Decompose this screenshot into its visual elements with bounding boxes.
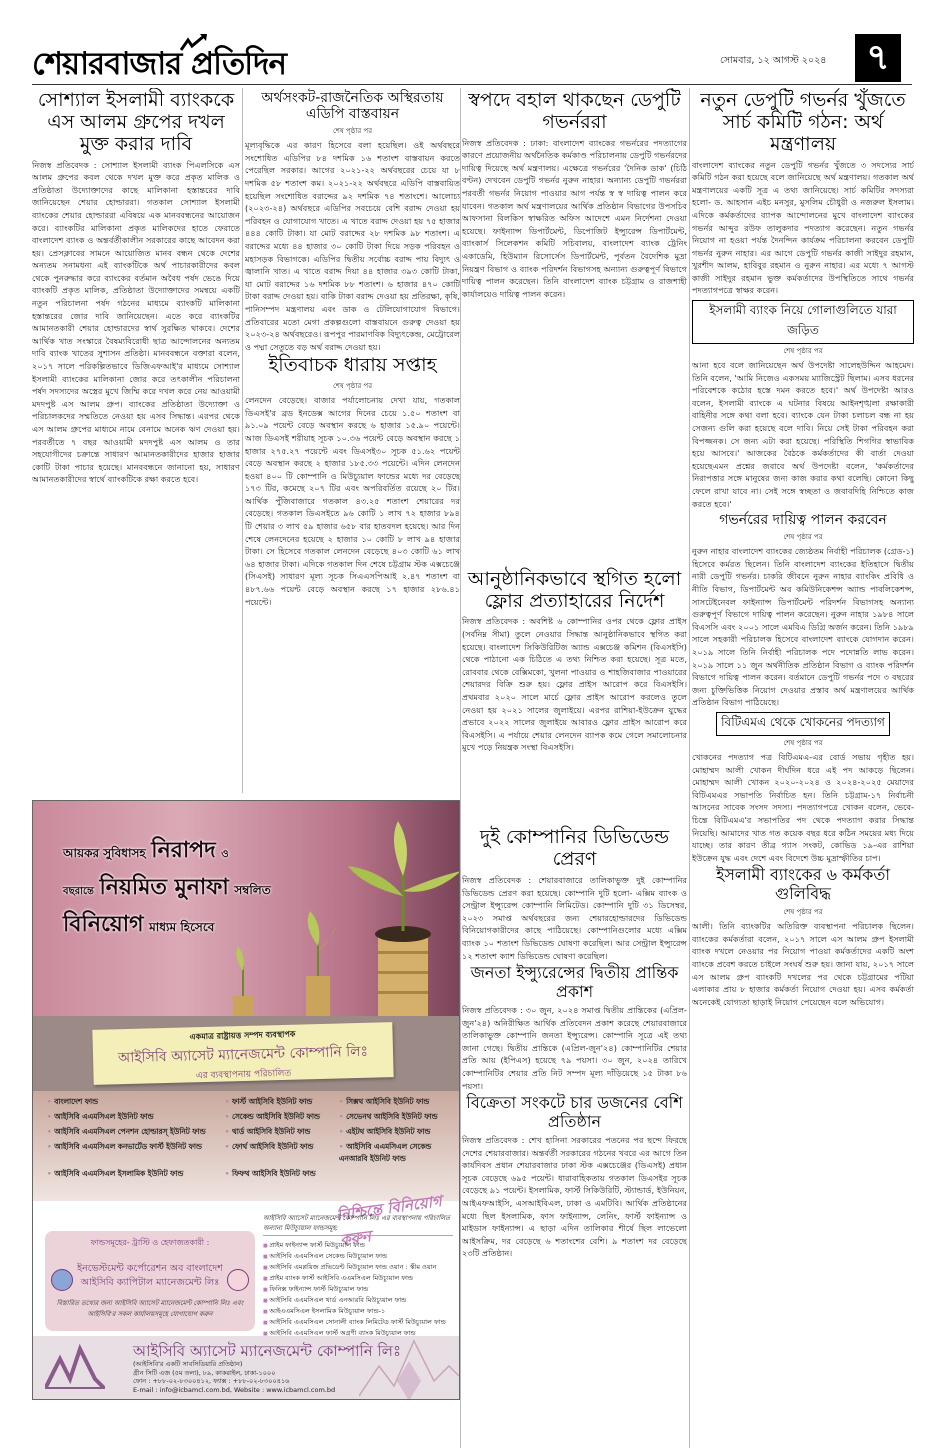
headline-dividend: দুই কোম্পানির ডিভিডেন্ড প্রেরণ [462,827,687,871]
article-search-committee: বাংলাদেশ ব্যাংকের নতুন ডেপুটি গভর্নর খুঁ… [692,159,914,298]
ad-hero-banner: আয়কর সুবিধাসহ নিরাপদ ও বছরান্তে নিয়মিত… [33,801,459,1016]
article-sellers: নিজস্ব প্রতিবেদক : শেখ হাসিনা সরকারের পত… [462,1134,687,1260]
column-b: অর্থসংকট-রাজনৈতিক অস্থিরতায় এডিপি বাস্ত… [245,88,460,793]
headline-itibachok: ইতিবাচক ধারায় সপ্তাহ [245,355,460,377]
tagline-text: বিনিয়োগ [63,912,144,937]
column-d: নতুন ডেপুটি গভর্নর খুঁজতে সার্চ কমিটি গঠ… [692,88,914,1448]
masthead: শেয়ারবাজার প্রতিদিন সোমবার, ১২ আগস্ট ২০… [0,0,945,84]
column-divider [242,88,243,793]
headline-islami-bank-worker: ইসলামী ব্যাংক নিয়ে গোলাগুলিতে যারা জড়ি… [692,300,914,344]
fund-item: সেকেন্ড আইসিবি ইউনিট ফান্ড [225,1112,331,1124]
fund-item: থার্ড আইসিবি ইউনিট ফান্ড [225,1127,331,1139]
continued-label: শেষ পৃষ্ঠার পর [245,380,460,392]
continued-label: শেষ পৃষ্ঠার পর [692,345,914,357]
tagline-text: আয়কর সুবিধাসহ [63,846,146,860]
fund-item: এইটথ আইসিবি ইউনিট ফান্ড [339,1127,445,1139]
article-floor-price: নিজস্ব প্রতিবেদক : অবশিষ্ট ৬ কোম্পানির ও… [462,615,687,825]
headline-search-committee: নতুন ডেপুটি গভর্নর খুঁজতে সার্চ কমিটি গঠ… [692,90,914,156]
fund-item: সিক্সথ আইসিবি ইউনিট ফান্ড [339,1097,445,1109]
other-fund-item: আইসিবি এএমসিএল সেকেন্ড মিউচ্যুয়াল ফান্ড [263,1251,453,1262]
article-social-islami: নিজস্ব প্রতিবেদক : সোশ্যাল ইসলামী ব্যাংক… [32,159,240,486]
header-rule [32,84,912,85]
headline-adp: অর্থসংকট-রাজনৈতিক অস্থিরতায় এডিপি বাস্ত… [245,90,460,122]
other-funds-header: আইসিবি অ্যাসেট ম্যানেজমেন্ট কোম্পানি লিঃ… [263,1213,453,1236]
article-deputy-governors: নিজস্ব প্রতিবেদক : ঢাকা: বাংলাদেশ ব্যাংক… [462,137,687,567]
article-btmea: খোকনের পদত্যাগ পত্র বিটিএমএ-এর বোর্ড সভা… [692,751,914,864]
ad-other-funds: আইসিবি অ্যাসেট ম্যানেজমেন্ট কোম্পানি লিঃ… [263,1213,453,1339]
trustee-note: বিস্তারিত তথ্যের জন্য আইসিবি অ্যাসেট ম্য… [51,1298,249,1320]
other-fund-item: আইসিবি এমপ্লয়িজ প্রভিডেন্ট মিউচ্যুয়াল … [263,1262,453,1273]
trustee-name: আইসিবি ক্যাপিটাল ম্যানেজমেন্ট লিঃ [51,1276,249,1290]
company-subtitle: (আইসিবি'র একটি সাবসিডিয়ারি প্রতিষ্ঠান) [133,1360,335,1369]
article-governor-duty: নুরুন নাহার বাংলাদেশ ব্যাংকের জ্যেষ্ঠতম … [692,545,914,709]
headline-social-islami: সোশ্যাল ইসলামী ব্যাংককে এস আলম গ্রুপের দ… [32,90,240,156]
headline-governor-duty: গভর্নরের দায়িত্ব পালন করবেন [692,512,914,528]
other-fund-item: প্রাইম ব্যাংক ফার্স্ট আইসিবি এএমসিএল মিউ… [263,1273,453,1284]
fund-item: আইসিবি এএমসিএল ইসলামিক ইউনিট ফান্ড [47,1169,217,1181]
tagline-text: নিয়মিত মুনাফা [100,875,229,900]
article-islami-bank-worker: আনা হবে বলে জানিয়েছেন অর্থ উপদেষ্টা সাল… [692,359,914,510]
headline-btmea: বিটিএমএ থেকে খোকনের পদত্যাগ [716,712,890,736]
tagline-text: সম্বলিত [234,883,270,897]
fund-item: ফোর্থ আইসিবি ইউনিট ফান্ড [225,1142,331,1166]
icb-advertisement: আয়কর সুবিধাসহ নিরাপদ ও বছরান্তে নিয়মিত… [32,800,460,1400]
fund-item: ফার্স্ট আইসিবি ইউনিট ফান্ড [225,1097,331,1109]
other-fund-item: আইসিবি এএমসিএল থার্ড এনআরবি মিউচ্যুয়াল … [263,1295,453,1306]
tagline-text: বছরান্তে [63,886,94,897]
headline-deputy-governors: স্বপদে বহাল থাকছেন ডেপুটি গভর্নররা [462,90,687,134]
trend-arrow-icon [180,34,208,54]
tagline-text: ও [221,849,228,860]
fund-item: বাংলাদেশ ফান্ড [47,1097,217,1109]
continued-label: শেষ পৃষ্ঠার পর [245,125,460,137]
column-divider [460,88,461,1448]
other-fund-item: আইসিবি এএমসিএল সোনালী ব্যাংক লিমিটেড ফার… [263,1317,453,1328]
ad-tagline: আয়কর সুবিধাসহ নিরাপদ ও বছরান্তে নিয়মিত… [63,833,271,944]
column-divider [689,88,690,1448]
plant-icon [343,816,460,1016]
company-phone: ফোন : +৮৮-০২-৮৩০০৪১২, ফ্যাক্স : +৮৮-০২-৮… [133,1377,335,1386]
article-islami-bank-shot: আলী। তিনি ব্যাংকটির অতিরিক্ত ব্যবস্থাপনা… [692,920,914,1008]
page-number: ৭ [855,34,901,82]
icb-amcl-logo-icon [45,1344,105,1389]
column-a: সোশ্যাল ইসলামী ব্যাংককে এস আলম গ্রুপের দ… [32,88,240,793]
other-fund-item: আইএএমসিএল ইসলামিক মিউচ্যুয়াল ফান্ড-১ [263,1306,453,1317]
company-address: গ্রীন সিটি এজ (৫ম তলা), ৮৯, কাকরাইল, ঢাক… [133,1369,335,1378]
continued-label: শেষ পৃষ্ঠার পর [692,737,914,749]
fund-item: আইসিবি এএমসিএল পেনশন হোল্ডারস্ ইউনিট ফান… [47,1127,217,1139]
tagline-text: মাধ্যম হিসেবে [149,920,214,934]
fund-item: আইসিবি এএমসিএল সেকেন্ড এনআরবি ইউনিট ফান্… [339,1142,445,1166]
headline-islami-bank-shot: ইসলামী ব্যাংকের ৬ কর্মকর্তা গুলিবিদ্ধ [692,866,914,903]
other-fund-item: ফিনিক্স ফাইন্যান্স ফার্স্ট মিউচ্যুয়াল ফ… [263,1284,453,1295]
mountain-graphic-icon [359,1336,459,1400]
company-email-website: E-mail : info@icbamcl.com.bd, Website : … [133,1386,335,1395]
article-janata: নিজস্ব প্রতিবেদক : ৩০ জুন, ২০২৪ সমাপ্ত দ… [462,1004,687,1092]
fund-item: সেভেনথ আইসিবি ইউনিট ফান্ড [339,1112,445,1124]
article-dividend: নিজস্ব প্রতিবেদক : শেয়ারবাজারে তালিকাভু… [462,874,687,962]
column-c: স্বপদে বহাল থাকছেন ডেপুটি গভর্নররা নিজস্… [462,88,687,1448]
company-contact: (আইসিবি'র একটি সাবসিডিয়ারি প্রতিষ্ঠান) … [133,1360,335,1394]
plant-icon [228,946,258,1016]
fund-item: আইসিবি এএমসিএল ইউনিট ফান্ড [47,1112,217,1124]
ad-sticker-note: একমাত্র রাষ্ট্রায়ত্ত সম্পদ ব্যবস্থাপক আ… [92,1022,393,1085]
ad-footer: আইসিবি অ্যাসেট ম্যানেজমেন্ট কোম্পানি লিঃ… [33,1336,459,1400]
article-itibachok: লেনদেন বেড়েছে। বাজার পর্যালোচনায় দেখা … [245,394,460,608]
plant-icon [298,906,338,1016]
icml-logo-icon [227,1269,249,1291]
continued-label: শেষ পৃষ্ঠার পর [692,906,914,918]
tagline-text: নিরাপদ [151,838,215,863]
headline-janata: জনতা ইন্স্যুরেন্সের দ্বিতীয় প্রান্তিক প… [462,964,687,1001]
ad-fund-list: বাংলাদেশ ফান্ড ফার্স্ট আইসিবি ইউনিট ফান্… [33,1091,459,1201]
dateline: সোমবার, ১২ আগস্ট ২০২৪ [720,54,826,69]
ad-trustee-box: ফান্ডসমূহের- ট্রাস্টি ও হেফাজতকারী : ইনভ… [45,1231,255,1331]
article-adp: মূল্যবৃদ্ধিকে এর কারণ হিসেবে বলা হয়েছিল… [245,139,460,353]
fund-item: আইসিবি এএমসিএল কনভার্টেড ফার্স্ট ইউনিট ফ… [47,1142,217,1166]
trustee-name: ইনভেস্টমেন্ট কর্পোরেশন অব বাংলাদেশ [51,1262,249,1276]
other-fund-item: প্রাইম ফাইন্যান্স ফার্স্ট মিউচ্যুয়াল ফা… [263,1240,453,1251]
headline-floor-price: আনুষ্ঠানিকভাবে স্থগিত হলো ফ্লোর প্রত্যাহ… [462,569,687,613]
icb-logo-icon [51,1269,73,1291]
trustee-label: ফান্ডসমূহের- ট্রাস্টি ও হেফাজতকারী : [51,1237,249,1250]
continued-label: শেষ পৃষ্ঠার পর [692,531,914,543]
fund-item: ফিফথ আইসিবি ইউনিট ফান্ড [225,1169,331,1181]
headline-sellers: বিক্রেতা সংকটে চার ডজনের বেশি প্রতিষ্ঠান [462,1094,687,1131]
